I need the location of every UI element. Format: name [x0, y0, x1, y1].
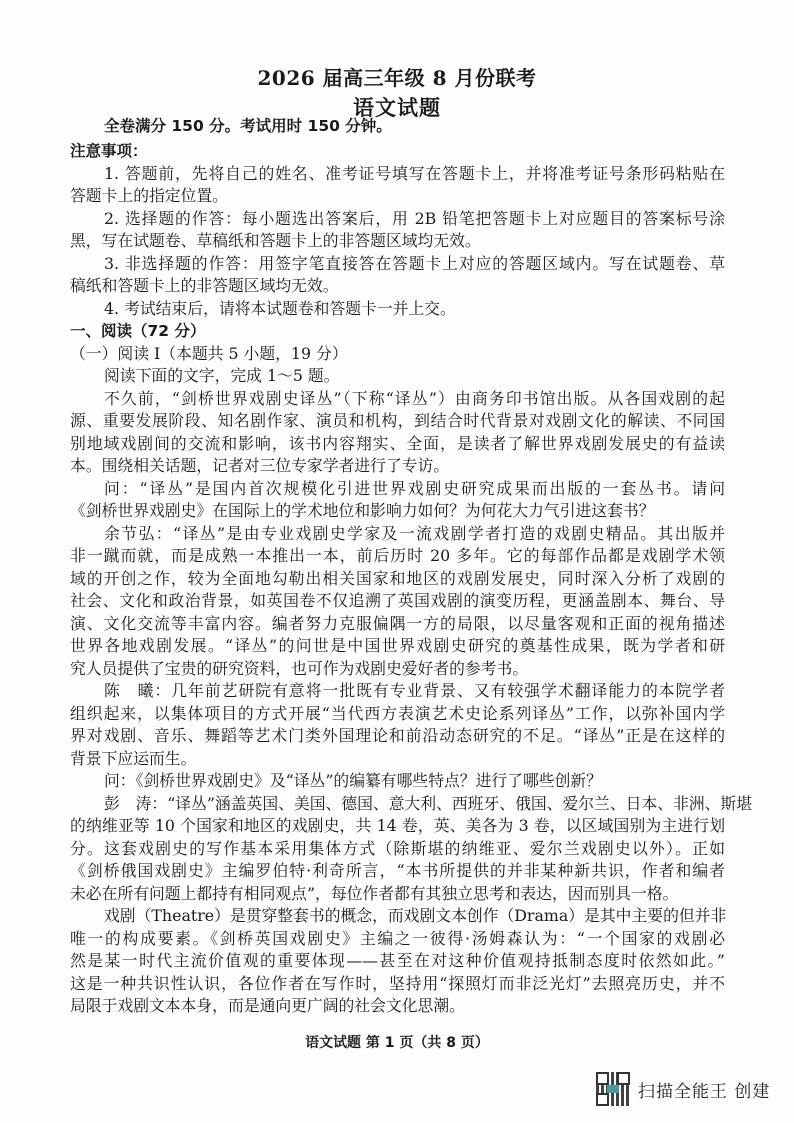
page-footer: 语文试题 第 1 页（共 8 页） [0, 1032, 794, 1052]
qr-code-icon [596, 1072, 630, 1106]
text-line: 不久前，“剑桥世界戏剧史译丛”（下称“译丛”）由商务印书馆出版。从各国戏剧的起 [104, 388, 725, 410]
text-line: 《剑桥世界戏剧史》在国际上的学术地位和影响力如何？为何花大力气引进这套书？ [70, 500, 725, 522]
text-line: 这是一种共识性认识，各位作者在写作时，坚持用“探照灯而非泛光灯”去照亮历史，并不 [70, 973, 725, 995]
text-line: 究人员提供了宝贵的研究资料，也可作为戏剧史爱好者的参考书。 [70, 658, 725, 680]
exam-page: 2026 届高三年级 8 月份联考 语文试题 全卷满分 150 分。考试用时 1… [0, 0, 794, 1123]
text-line: 全卷满分 150 分。考试用时 150 分钟。 [104, 115, 725, 137]
text-line: 问：《剑桥世界戏剧史》及“译丛”的编纂有哪些特点？进行了哪些创新？ [104, 770, 725, 792]
text-line: 一、阅读（72 分） [70, 320, 725, 342]
text-line: 黑，写在试题卷、草稿纸和答题卡上的非答题区域均无效。 [70, 230, 725, 252]
text-line: 背景下应运而生。 [70, 748, 725, 770]
text-line: 本。围绕相关话题，记者对三位专家学者进行了专访。 [70, 455, 725, 477]
text-line: 1. 答题前，先将自己的姓名、准考证号填写在答题卡上，并将准考证号条形码粘贴在 [104, 163, 725, 185]
text-line: 陈 曦：几年前艺研院有意将一批既有专业背景、又有较强学术翻译能力的本院学者 [104, 680, 725, 702]
text-line: 答题卡上的指定位置。 [70, 185, 725, 207]
text-line: 域的开创之作，较为全面地勾勒出相关国家和地区的戏剧发展史，同时深入分析了戏剧的 [70, 568, 725, 590]
text-line: 稿纸和答题卡上的非答题区域均无效。 [70, 275, 725, 297]
text-line: 分。这套戏剧史的写作基本采用集体方式（除斯堪的纳维亚、爱尔兰戏剧史以外）。正如 [70, 838, 725, 860]
text-line: 彭 涛：“译丛”涵盖英国、美国、德国、意大利、西班牙、俄国、爱尔兰、日本、非洲、… [104, 793, 725, 815]
text-line: 问：“译丛”是国内首次规模化引进世界戏剧史研究成果而出版的一套丛书。请问 [104, 478, 725, 500]
text-line: 然是某一时代主流价值观的重要体现——甚至在对这种价值观持抵制态度时依然如此。” [70, 950, 725, 972]
text-line: 非一蹴而就，而是成熟一本推出一本，前后历时 20 多年。它的每部作品都是戏剧学术… [70, 545, 725, 567]
text-line: 阅读下面的文字，完成 1～5 题。 [104, 365, 725, 387]
text-line: 《剑桥俄国戏剧史》主编罗伯特·利奇所言，“本书所提供的并非某种新共识，作者和编者 [70, 860, 725, 882]
text-line: 世界各地戏剧发展。“译丛”的问世是中国世界戏剧史研究的奠基性成果，既为学者和研 [70, 635, 725, 657]
text-line: 界对戏剧、音乐、舞蹈等艺术门类外国理论和前沿动态研究的不足。“译丛”正是在这样的 [70, 725, 725, 747]
text-line: 注意事项： [70, 140, 725, 162]
text-line: 源、重要发展阶段、知名剧作家、演员和机构，到结合时代背景对戏剧文化的解读、不同国 [70, 410, 725, 432]
text-line: 未必在所有问题上都持有相同观点”，每位作者都有其独立思考和表达，因而别具一格。 [70, 883, 725, 905]
text-line: 3. 非选择题的作答：用签字笔直接答在答题卡上对应的答题区域内。写在试题卷、草 [104, 253, 725, 275]
exam-title: 2026 届高三年级 8 月份联考 [0, 62, 794, 91]
text-line: 演、文化交流等丰富内容。编者努力克服偏隅一方的局限，以尽量客观和正面的视角描述 [70, 613, 725, 635]
scanner-watermark: 扫描全能王 创建 [596, 1072, 770, 1106]
text-line: 的纳维亚等 10 个国家和地区的戏剧史，共 14 卷，英、美各为 3 卷，以区域… [70, 815, 725, 837]
text-line: 社会、文化和政治背景，如英国卷不仅追溯了英国戏剧的演变历程，更涵盖剧本、舞台、导 [70, 590, 725, 612]
text-line: 组织起来，以集体项目的方式开展“当代西方表演艺术史论系列译丛”工作，以弥补国内学 [70, 703, 725, 725]
text-line: 别地域戏剧间的交流和影响，该书内容翔实、全面，是读者了解世界戏剧发展史的有益读 [70, 433, 725, 455]
text-line: 局限于戏剧文本本身，而是通向更广阔的社会文化思潮。 [70, 995, 725, 1017]
text-line: 唯一的构成要素。《剑桥英国戏剧史》主编之一彼得·汤姆森认为：“一个国家的戏剧必 [70, 928, 725, 950]
text-line: 4. 考试结束后，请将本试题卷和答题卡一并上交。 [104, 298, 725, 320]
text-line: 余节弘：“译丛”是由专业戏剧史学家及一流戏剧学者打造的戏剧史精品。其出版并 [104, 523, 725, 545]
text-line: 2. 选择题的作答：每小题选出答案后，用 2B 铅笔把答题卡上对应题目的答案标号… [104, 208, 725, 230]
text-line: 戏剧（Theatre）是贯穿整套书的概念，而戏剧文本创作（Drama）是其中主要… [104, 905, 725, 927]
watermark-text: 扫描全能王 创建 [638, 1077, 770, 1102]
text-line: （一）阅读 Ⅰ（本题共 5 小题，19 分） [70, 343, 725, 365]
